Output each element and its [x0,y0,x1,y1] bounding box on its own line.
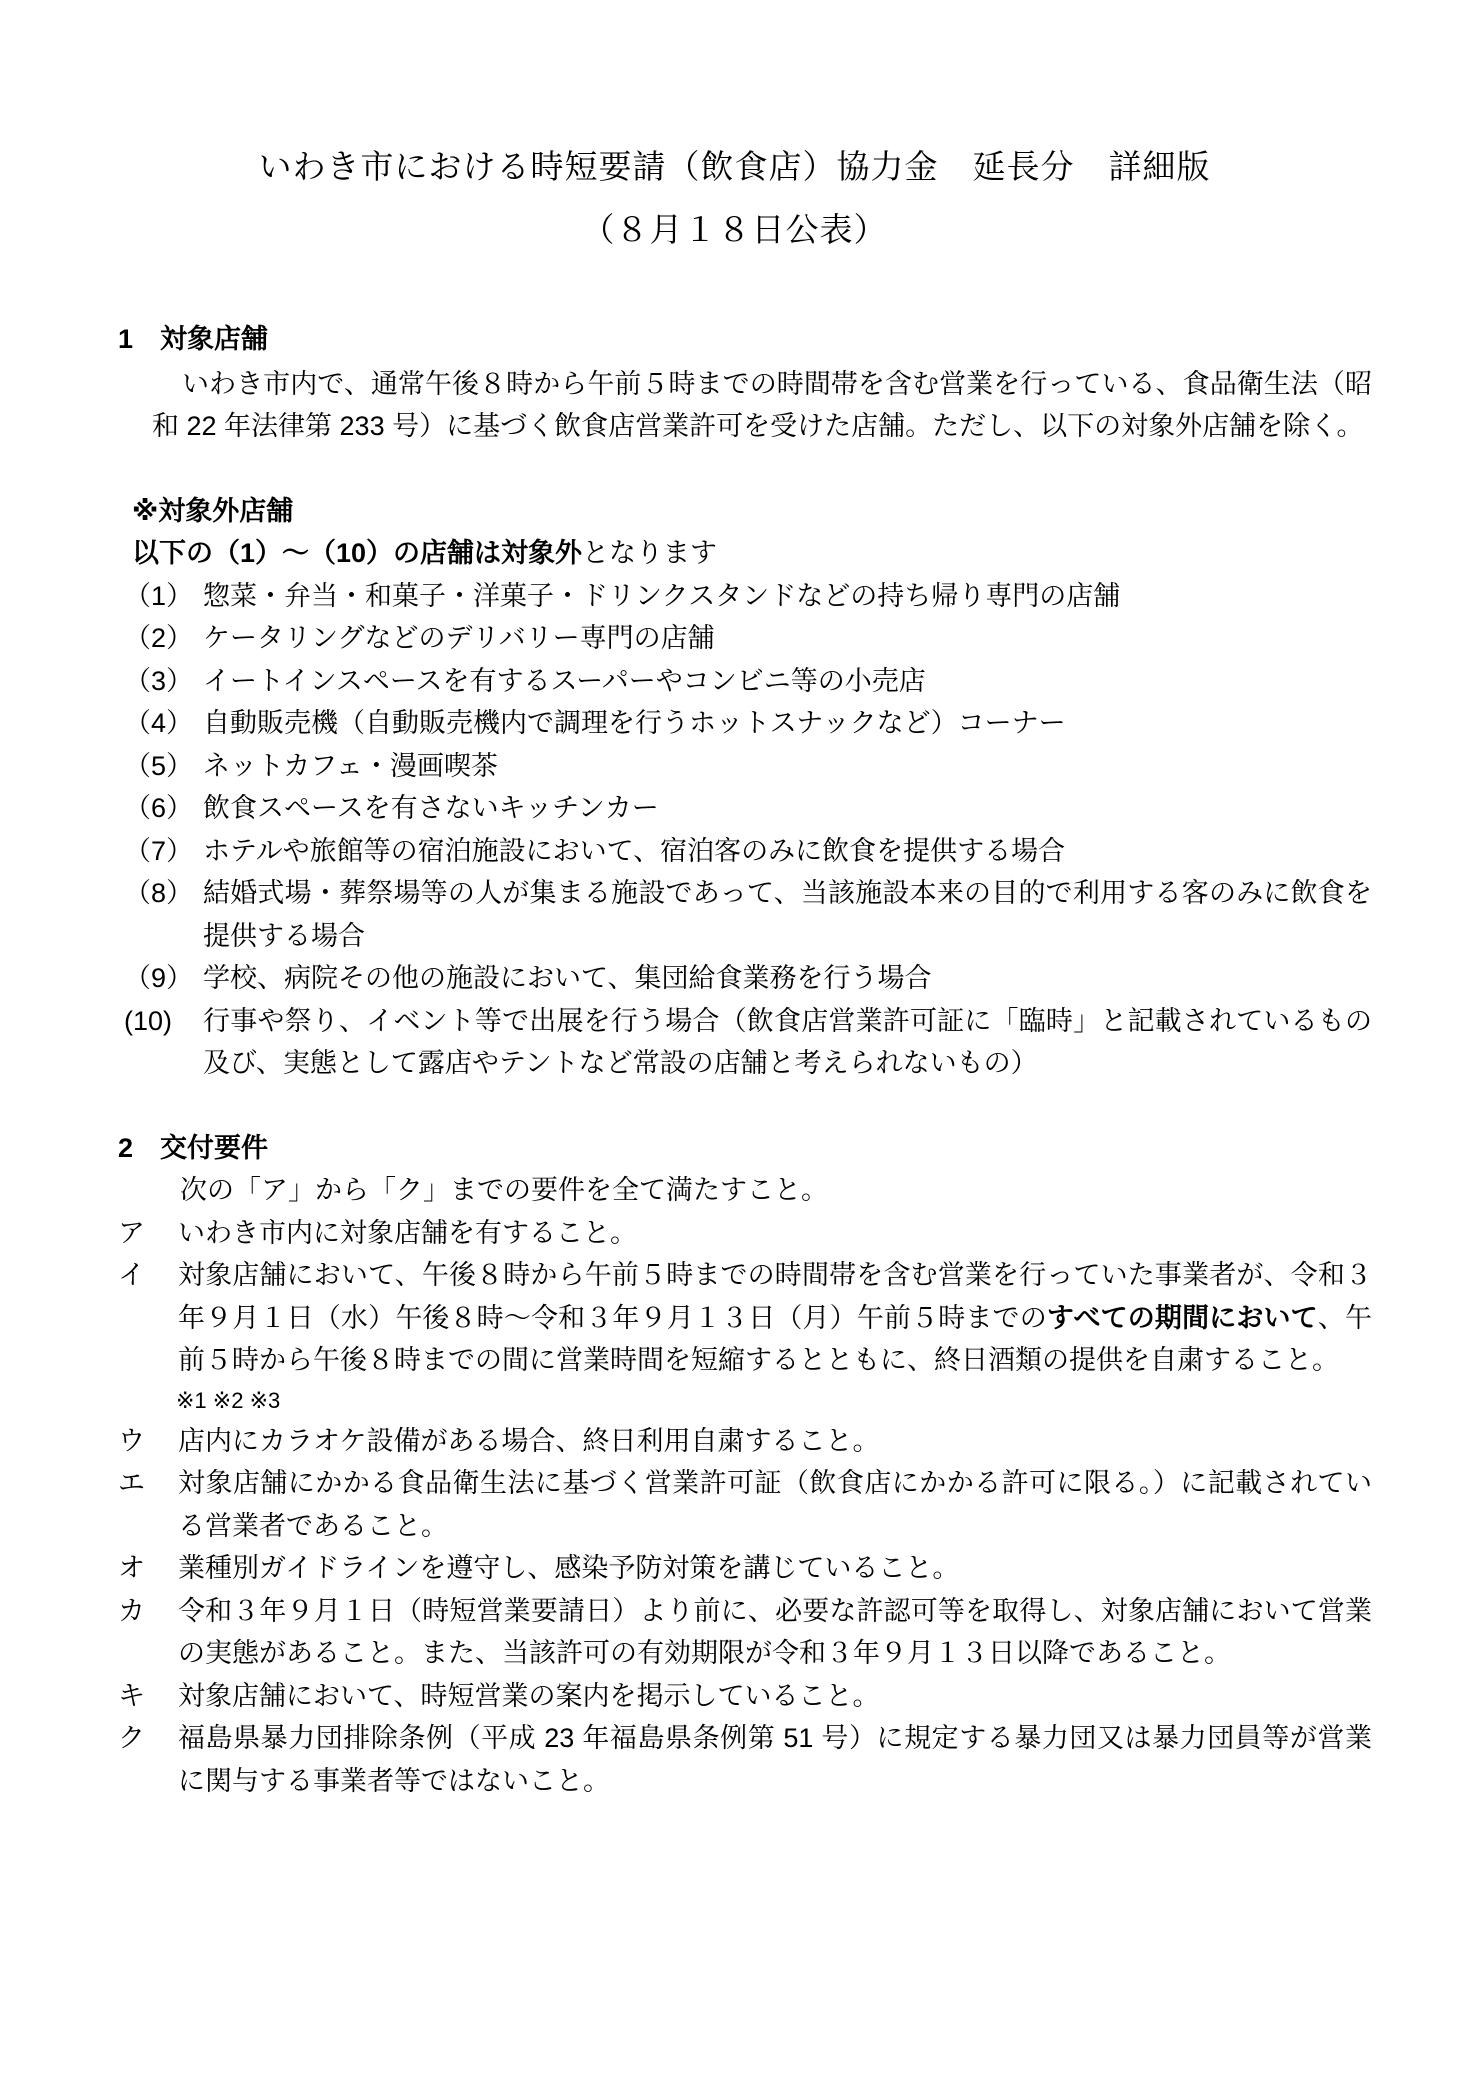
excluded-item-5-marker: （5） [124,745,193,788]
requirement-e-text: 対象店舗にかかる食品衛生法に基づく営業許可証（飲食店にかかる許可に限る。）に記載… [178,1468,1372,1541]
excluded-item-1-text: 惣菜・弁当・和菓子・洋菓子・ドリンクスタンドなどの持ち帰り専門の店舗 [203,581,1120,611]
excluded-item-1-marker: （1） [124,575,193,618]
requirement-ka: カ令和３年９月１日（時短営業要請日）より前に、必要な許認可等を取得し、対象店舗に… [118,1590,1372,1675]
requirement-i-text-bold: すべての期間において [1047,1303,1318,1333]
excluded-item-10-text: 行事や祭り、イベント等で出展を行う場合（飲食店営業許可証に「臨時」と記載されてい… [203,1006,1372,1079]
excluded-item-7: （7）ホテルや旅館等の宿泊施設において、宿泊客のみに飲食を提供する場合 [118,830,1372,873]
section1-heading: 1 対象店舗 [118,318,1372,361]
excluded-item-1: （1）惣菜・弁当・和菓子・洋菓子・ドリンクスタンドなどの持ち帰り専門の店舗 [118,575,1372,618]
requirement-i: イ対象店舗において、午後８時から午前５時までの時間帯を含む営業を行っていた事業者… [118,1254,1372,1382]
requirement-o: オ業種別ガイドラインを遵守し、感染予防対策を講じていること。 [118,1547,1372,1590]
excluded-item-2-marker: （2） [124,617,193,660]
excluded-lead-suffix: となります [582,538,717,568]
excluded-item-8: （8）結婚式場・葬祭場等の人が集まる施設であって、当該施設本来の目的で利用する客… [118,872,1372,957]
requirement-ku: ク福島県暴力団排除条例（平成 23 年福島県条例第 51 号）に規定する暴力団又… [118,1717,1372,1802]
document-title: いわき市における時短要請（飲食店）協力金 延長分 詳細版 [0,143,1469,191]
excluded-item-2-text: ケータリングなどのデリバリー専門の店舗 [203,623,715,653]
excluded-item-3-text: イートインスペースを有するスーパーやコンビニ等の小売店 [203,666,926,696]
excluded-item-6: （6）飲食スペースを有さないキッチンカー [118,787,1372,830]
section2-intro: 次の「ア」から「ク」までの要件を全て満たすこと。 [180,1169,1372,1212]
document-content: 1 対象店舗 いわき市内で、通常午後８時から午前５時までの時間帯を含む営業を行っ… [118,318,1372,1802]
excluded-item-7-text: ホテルや旅館等の宿泊施設において、宿泊客のみに飲食を提供する場合 [203,836,1065,866]
excluded-item-9: （9）学校、病院その他の施設において、集団給食業務を行う場合 [118,957,1372,1000]
requirement-ka-marker: カ [118,1590,145,1633]
section2-heading: 2 交付要件 [118,1127,1372,1170]
excluded-item-4-text: 自動販売機（自動販売機内で調理を行うホットスナックなど）コーナー [203,708,1066,738]
excluded-item-6-text: 飲食スペースを有さないキッチンカー [203,793,659,823]
requirement-ka-text: 令和３年９月１日（時短営業要請日）より前に、必要な許認可等を取得し、対象店舗にお… [178,1596,1372,1669]
section1-paragraph: いわき市内で、通常午後８時から午前５時までの時間帯を含む営業を行っている、食品衛… [118,363,1372,448]
excluded-item-5-text: ネットカフェ・漫画喫茶 [203,751,498,781]
requirement-o-text: 業種別ガイドラインを遵守し、感染予防対策を講じていること。 [178,1553,959,1583]
excluded-item-4: （4）自動販売機（自動販売機内で調理を行うホットスナックなど）コーナー [118,702,1372,745]
excluded-stores-lead: 以下の（1）～（10）の店舗は対象外となります [132,532,1372,575]
excluded-item-8-text: 結婚式場・葬祭場等の人が集まる施設であって、当該施設本来の目的で利用する客のみに… [203,878,1372,951]
requirement-ki-marker: キ [118,1675,145,1718]
requirement-ku-text: 福島県暴力団排除条例（平成 23 年福島県条例第 51 号）に規定する暴力団又は… [178,1723,1372,1796]
requirement-i-note: ※1 ※2 ※3 [118,1382,1372,1420]
excluded-item-9-text: 学校、病院その他の施設において、集団給食業務を行う場合 [203,963,931,993]
excluded-lead-bold: 以下の（1）～（10）の店舗は対象外 [132,538,582,568]
excluded-item-8-marker: （8） [124,872,193,915]
requirement-a: アいわき市内に対象店舗を有すること。 [118,1212,1372,1255]
excluded-item-4-marker: （4） [124,702,193,745]
requirement-ku-marker: ク [118,1717,145,1760]
excluded-item-10-marker: (10) [124,1000,172,1043]
excluded-item-6-marker: （6） [124,787,193,830]
document-subtitle: （８月１８日公表） [0,206,1469,254]
requirement-u-marker: ウ [118,1420,145,1463]
requirement-i-marker: イ [118,1254,145,1297]
requirement-o-marker: オ [118,1547,145,1590]
excluded-item-2: （2）ケータリングなどのデリバリー専門の店舗 [118,617,1372,660]
excluded-stores-heading: ※対象外店舗 [132,490,1372,533]
excluded-item-7-marker: （7） [124,830,193,873]
requirement-a-marker: ア [118,1212,145,1255]
excluded-item-3-marker: （3） [124,660,193,703]
requirement-ki: キ対象店舗において、時短営業の案内を掲示していること。 [118,1675,1372,1718]
requirement-u-text: 店内にカラオケ設備がある場合、終日利用自粛すること。 [178,1426,879,1456]
document-page: いわき市における時短要請（飲食店）協力金 延長分 詳細版 （８月１８日公表） 1… [0,0,1469,2086]
excluded-item-10: (10)行事や祭り、イベント等で出展を行う場合（飲食店営業許可証に「臨時」と記載… [118,1000,1372,1085]
excluded-item-3: （3）イートインスペースを有するスーパーやコンビニ等の小売店 [118,660,1372,703]
requirement-e: エ対象店舗にかかる食品衛生法に基づく営業許可証（飲食店にかかる許可に限る。）に記… [118,1462,1372,1547]
excluded-item-9-marker: （9） [124,957,193,1000]
requirement-e-marker: エ [118,1462,145,1505]
excluded-item-5: （5）ネットカフェ・漫画喫茶 [118,745,1372,788]
requirement-a-text: いわき市内に対象店舗を有すること。 [178,1218,637,1248]
requirement-u: ウ店内にカラオケ設備がある場合、終日利用自粛すること。 [118,1420,1372,1463]
requirement-ki-text: 対象店舗において、時短営業の案内を掲示していること。 [178,1681,879,1711]
